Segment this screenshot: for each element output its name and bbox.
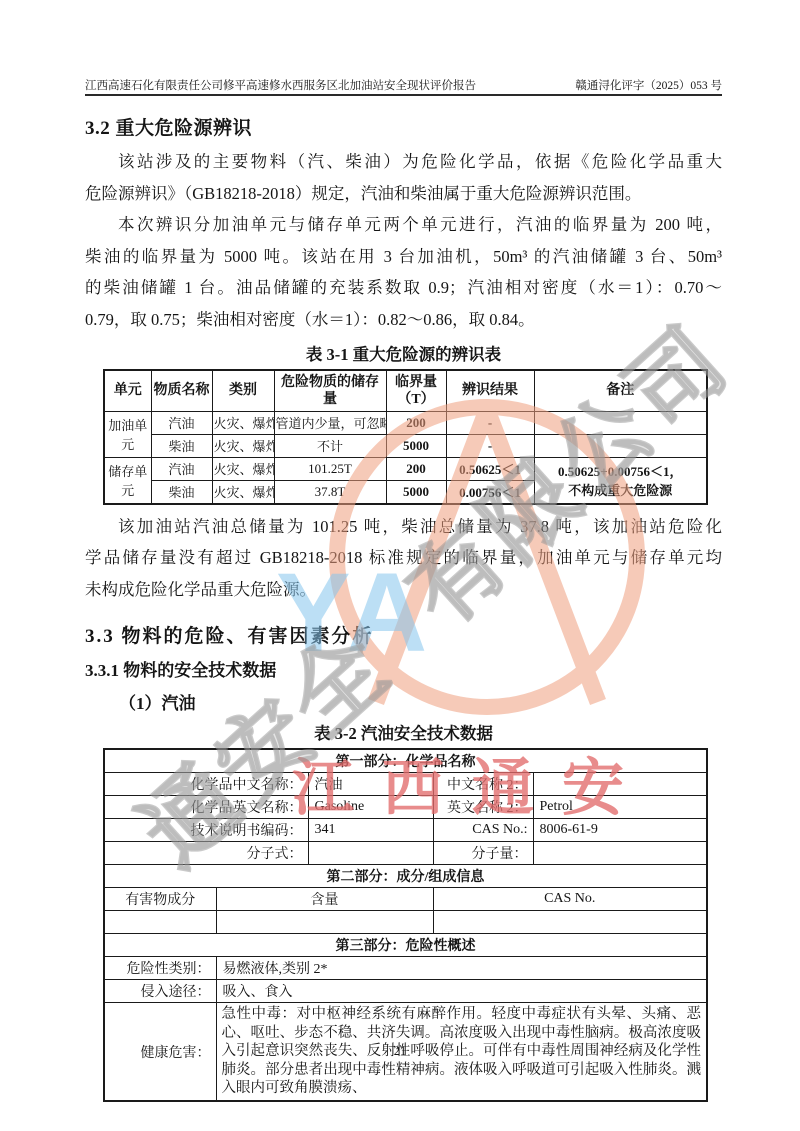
field-label: 化学品中文名称： (104, 773, 308, 796)
cell-result: 0.50625＜1 (446, 457, 534, 480)
field-label: 英文名称 2： (433, 796, 533, 819)
empty-cell (104, 911, 216, 934)
field-value: 341 (308, 819, 433, 842)
table-row: 化学品中文名称： 汽油 中文名称 2： (104, 773, 707, 796)
empty-cell (433, 911, 707, 934)
part3-header: 第三部分：危险性概述 (104, 934, 707, 957)
critical-line2: （T） (387, 391, 446, 408)
field-value: 汽油 (308, 773, 433, 796)
critical-line1: 临界量 (387, 374, 446, 391)
field-value (533, 842, 707, 865)
field-label: 分子式： (104, 842, 308, 865)
text-line: 未构成危险化学品重大危险源。 (85, 574, 722, 606)
col-header-component: 有害物成分 (104, 888, 216, 911)
cell-material: 汽油 (151, 411, 212, 434)
text-line: 该站涉及的主要物料（汽、柴油）为危险化学品，依据《危险化学品重大 (85, 146, 722, 178)
unit-group-refueling: 加油单元 (104, 411, 151, 457)
table-row: 化学品英文名称： Gasoline 英文名称 2： Petrol (104, 796, 707, 819)
text-line: 的柴油储罐 1 台。油品储罐的充装系数取 0.9；汽油相对密度（水＝1）：0.7… (85, 272, 722, 304)
col-header-critical: 临界量 （T） (386, 370, 446, 412)
section-3-3-1-title: 3.3.1 物料的安全技术数据 (85, 656, 722, 681)
text-line: 学品储存量没有超过 GB18218-2018 标准规定的临界量，加油单元与储存单… (85, 542, 722, 574)
field-label: 分子量： (433, 842, 533, 865)
page-body: 3.2 重大危险源辨识 该站涉及的主要物料（汽、柴油）为危险化学品，依据《危险化… (85, 103, 722, 1102)
table-row: 分子式： 分子量： (104, 842, 707, 865)
remark-line1: 0.50625+0.00756＜1， (536, 461, 706, 480)
col-header-storage: 危险物质的储存量 (274, 370, 386, 412)
cell-critical: 5000 (386, 480, 446, 504)
table-row: 技术说明书编码： 341 CAS No.: 8006-61-9 (104, 819, 707, 842)
text-line: 0.79，取 0.75；柴油相对密度（水＝1）：0.82～0.86，取 0.84… (85, 304, 722, 336)
cell-remark-merged: 0.50625+0.00756＜1， 不构成重大危险源 (534, 457, 707, 504)
table-row: 加油单元 汽油 火灾、爆炸 管道内少量，可忽略 200 - (104, 411, 707, 434)
header-doc-number: 赣通浔化评字（2025）053 号 (575, 77, 722, 93)
cell-storage: 101.25T (274, 457, 386, 480)
cell-result: - (446, 434, 534, 457)
table-3-2-caption: 表 3-2 汽油安全技术数据 (85, 720, 722, 744)
list-item-gasoline: （1）汽油 (85, 689, 722, 714)
col-header-content: 含量 (216, 888, 433, 911)
cell-category: 火灾、爆炸 (212, 411, 274, 434)
table-header-row: 单元 物质名称 类别 危险物质的储存量 临界量 （T） 辨识结果 备注 (104, 370, 707, 412)
cell-category: 火灾、爆炸 (212, 457, 274, 480)
header-report-title: 江西高速石化有限责任公司修平高速修水西服务区北加油站安全现状评价报告 (85, 77, 476, 93)
text-line: 危险源辨识》（GB18218-2018）规定，汽油和柴油属于重大危险源辨识范围。 (85, 178, 722, 210)
field-label: 侵入途径： (104, 980, 216, 1003)
cell-critical: 200 (386, 411, 446, 434)
col-header-category: 类别 (212, 370, 274, 412)
paragraph-2: 本次辨识分加油单元与储存单元两个单元进行，汽油的临界量为 200 吨， 柴油的临… (85, 209, 722, 335)
page-number: 21 (0, 1044, 800, 1059)
col-header-unit: 单元 (104, 370, 151, 412)
cell-storage: 管道内少量，可忽略 (274, 411, 386, 434)
col-header-material: 物质名称 (151, 370, 212, 412)
page-header: 江西高速石化有限责任公司修平高速修水西服务区北加油站安全现状评价报告 赣通浔化评… (85, 77, 722, 93)
cell-category: 火灾、爆炸 (212, 434, 274, 457)
text-line: 本次辨识分加油单元与储存单元两个单元进行，汽油的临界量为 200 吨， (85, 209, 722, 241)
field-value: 8006-61-9 (533, 819, 707, 842)
table-3-1: 单元 物质名称 类别 危险物质的储存量 临界量 （T） 辨识结果 备注 加油单元… (103, 369, 708, 505)
text-line: 柴油的临界量为 5000 吨。该站在用 3 台加油机，50m³ 的汽油储罐 3 … (85, 241, 722, 273)
part2-header: 第二部分：成分/组成信息 (104, 865, 707, 888)
table-3-1-caption: 表 3-1 重大危险源的辨识表 (85, 341, 722, 365)
field-label: 中文名称 2： (433, 773, 533, 796)
paragraph-1: 该站涉及的主要物料（汽、柴油）为危险化学品，依据《危险化学品重大 危险源辨识》（… (85, 146, 722, 209)
cell-storage: 37.8T (274, 480, 386, 504)
table-row: 侵入途径： 吸入、食入 (104, 980, 707, 1003)
field-value: Gasoline (308, 796, 433, 819)
document-page: 江西高速石化有限责任公司修平高速修水西服务区北加油站安全现状评价报告 赣通浔化评… (0, 0, 800, 1131)
field-label: CAS No.: (433, 819, 533, 842)
table-row: 有害物成分 含量 CAS No. (104, 888, 707, 911)
field-value (533, 773, 707, 796)
remark-line2: 不构成重大危险源 (536, 480, 706, 499)
field-value: Petrol (533, 796, 707, 819)
text-line: 该加油站汽油总储量为 101.25 吨，柴油总储量为 37.8 吨，该加油站危险… (85, 511, 722, 543)
header-rule (85, 94, 722, 96)
cell-result: - (446, 411, 534, 434)
cell-result: 0.00756＜1 (446, 480, 534, 504)
cell-critical: 200 (386, 457, 446, 480)
cell-storage: 不计 (274, 434, 386, 457)
table-row-empty (104, 911, 707, 934)
field-label: 技术说明书编码： (104, 819, 308, 842)
cell-critical: 5000 (386, 434, 446, 457)
table-row: 柴油 火灾、爆炸 不计 5000 - (104, 434, 707, 457)
table-row: 危险性类别： 易燃液体,类别 2* (104, 957, 707, 980)
cell-material: 柴油 (151, 434, 212, 457)
cell-remark (534, 434, 707, 457)
cell-material: 柴油 (151, 480, 212, 504)
section-3-2-title: 3.2 重大危险源辨识 (85, 113, 722, 140)
cell-remark (534, 411, 707, 434)
col-header-result: 辨识结果 (446, 370, 534, 412)
paragraph-3: 该加油站汽油总储量为 101.25 吨，柴油总储量为 37.8 吨，该加油站危险… (85, 511, 722, 606)
empty-cell (216, 911, 433, 934)
field-label: 化学品英文名称： (104, 796, 308, 819)
col-header-remark: 备注 (534, 370, 707, 412)
field-value: 吸入、食入 (216, 980, 707, 1003)
field-label: 危险性类别： (104, 957, 216, 980)
table-row: 储存单元 汽油 火灾、爆炸 101.25T 200 0.50625＜1 0.50… (104, 457, 707, 480)
field-value: 易燃液体,类别 2* (216, 957, 707, 980)
cell-category: 火灾、爆炸 (212, 480, 274, 504)
cell-material: 汽油 (151, 457, 212, 480)
part1-header: 第一部分：化学品名称 (104, 749, 707, 773)
section-3-3-title: 3.3 物料的危险、有害因素分析 (85, 621, 722, 648)
field-value (308, 842, 433, 865)
col-header-cas: CAS No. (433, 888, 707, 911)
unit-group-storage: 储存单元 (104, 457, 151, 504)
